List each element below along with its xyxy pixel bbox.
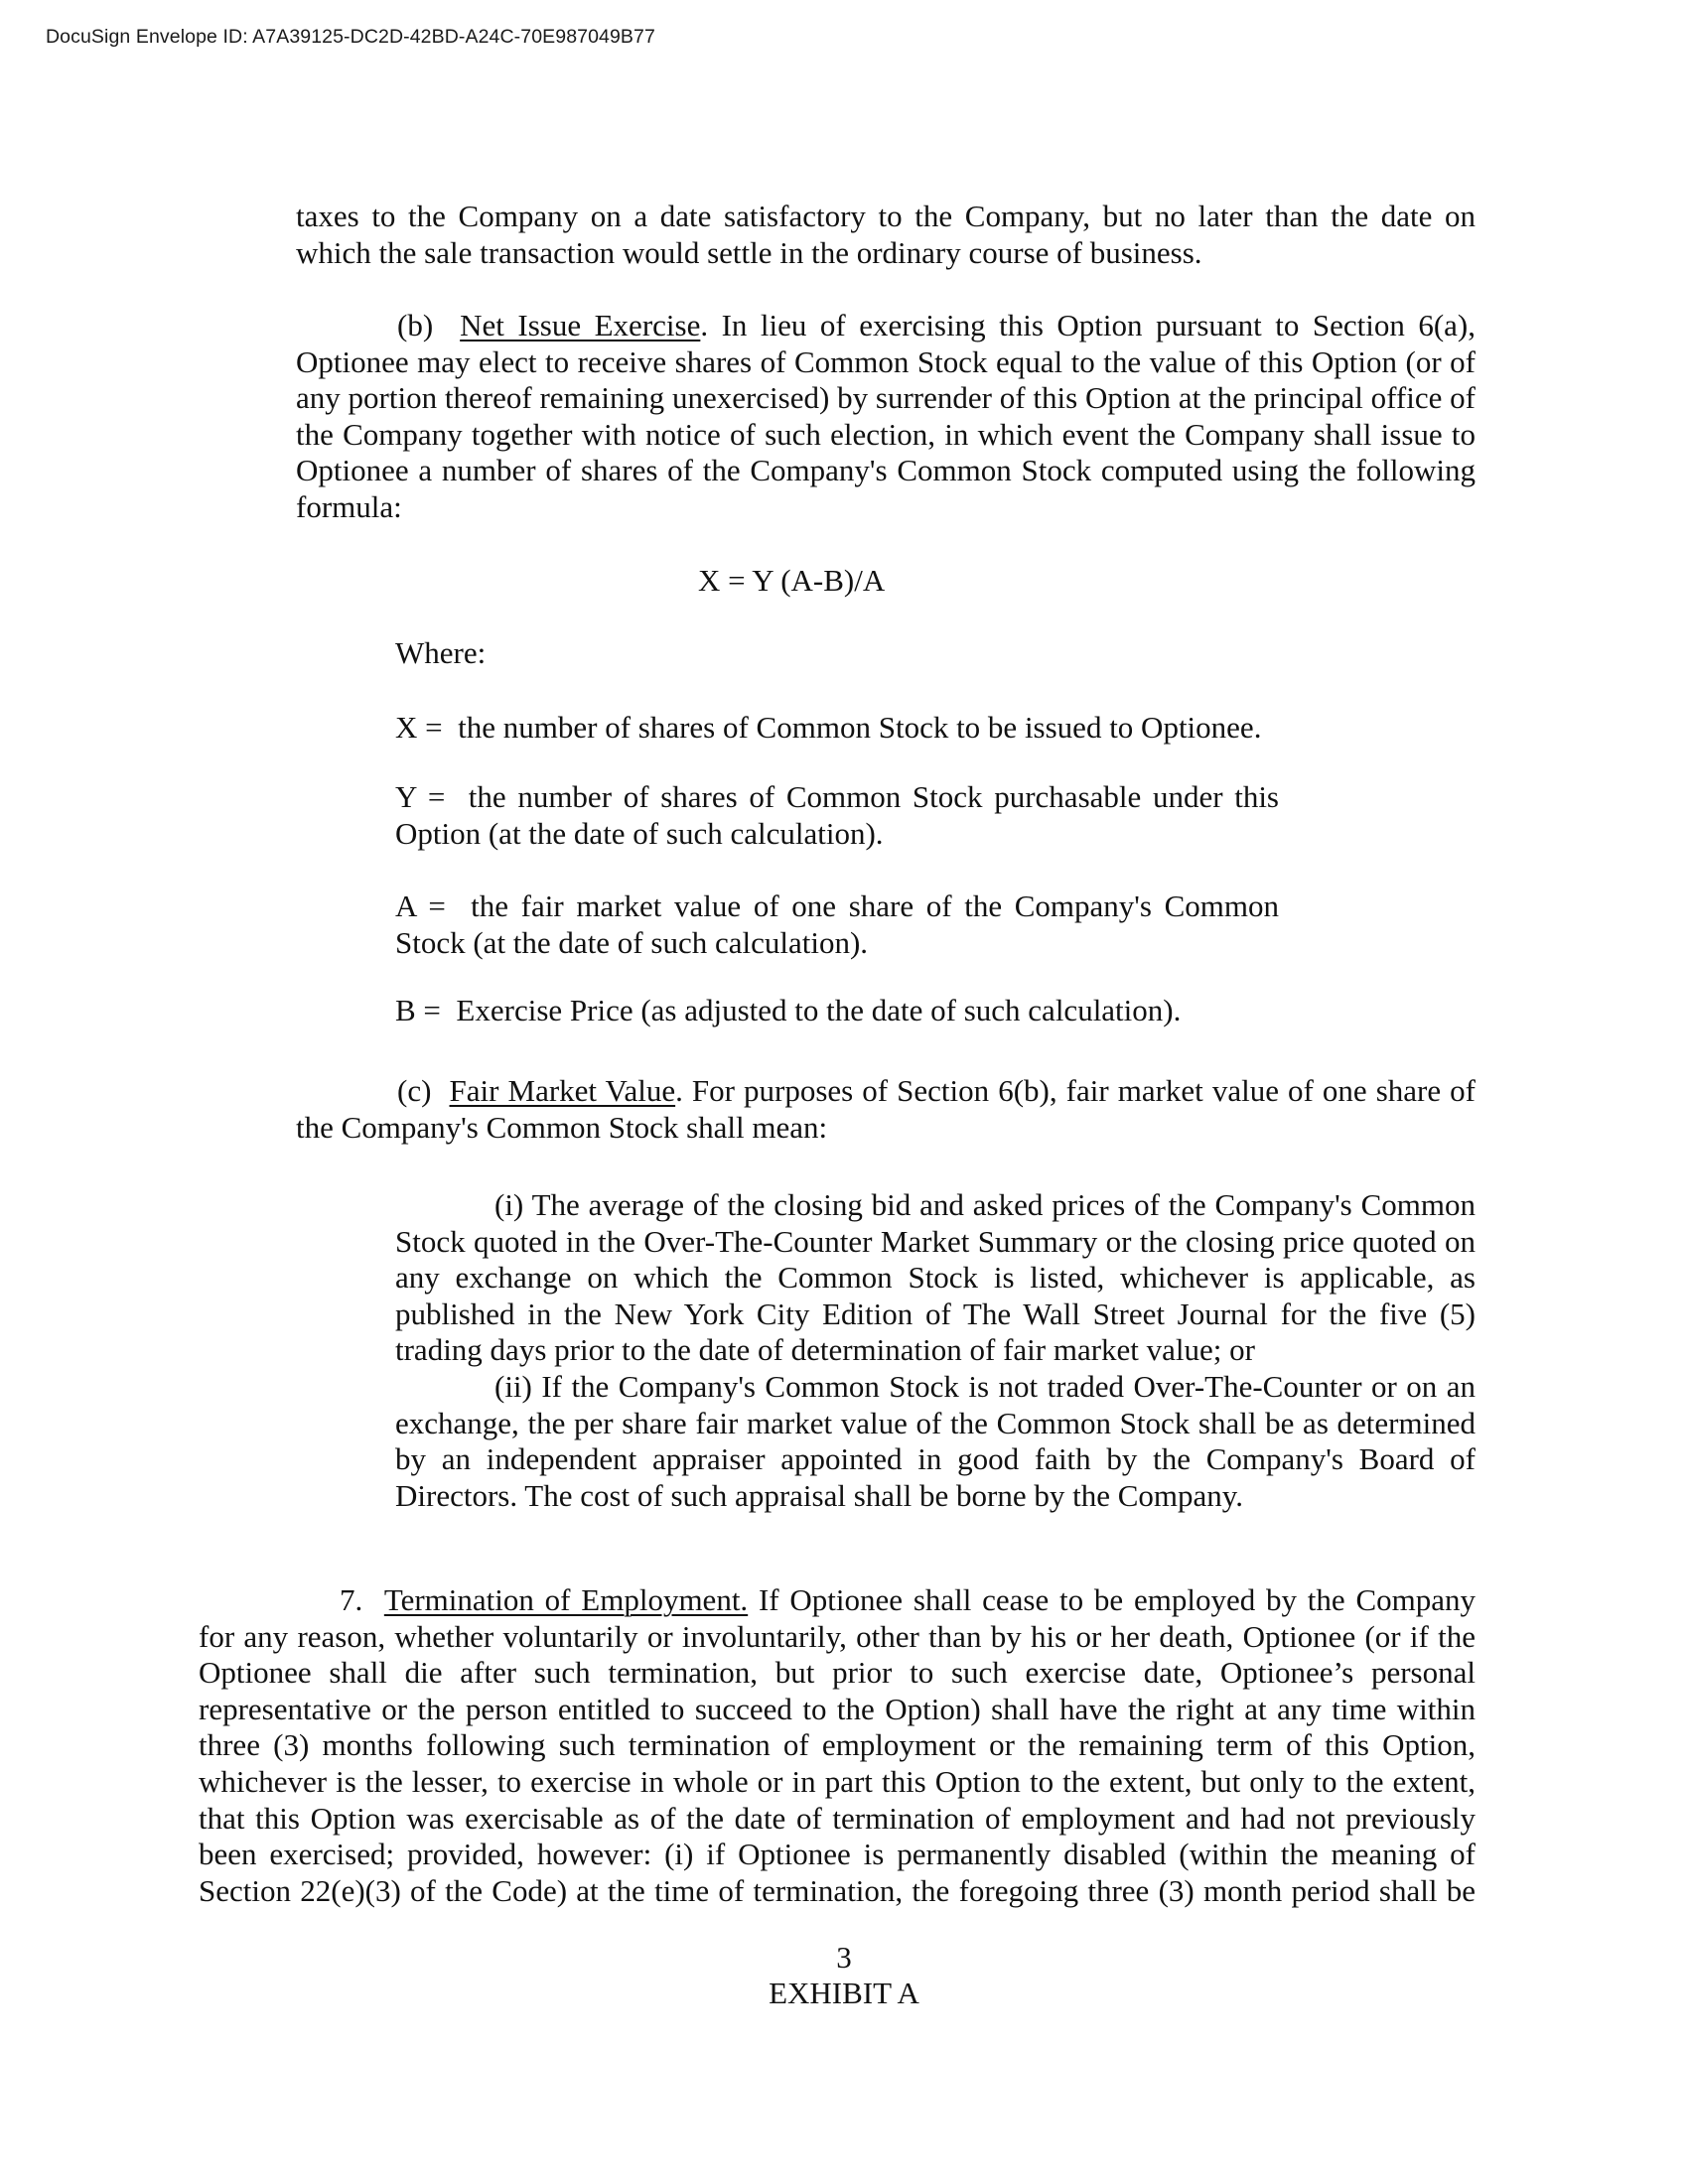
definition-b: B = Exercise Price (as adjusted to the d… [395, 993, 1388, 1029]
definition-symbol: B = [395, 993, 441, 1027]
envelope-id: DocuSign Envelope ID: A7A39125-DC2D-42BD… [46, 26, 655, 49]
definition-text: the fair market value of one share of th… [395, 888, 1279, 960]
section-6b-paragraph: (b) Net Issue Exercise. In lieu of exerc… [296, 308, 1476, 526]
fmv-item-marker: (i) [494, 1187, 523, 1222]
section-6b-heading-suffix: . [700, 308, 708, 342]
fair-market-value-items: (i) The average of the closing bid and a… [395, 1187, 1476, 1514]
definition-text: Exercise Price (as adjusted to the date … [456, 993, 1181, 1027]
definition-symbol: Y = [395, 779, 445, 814]
fmv-item-i: (i) The average of the closing bid and a… [395, 1187, 1476, 1369]
definition-y: Y = the number of shares of Common Stock… [395, 779, 1279, 852]
section-7-heading: Termination of Employment. [384, 1582, 748, 1617]
section-6c-heading-suffix: . [675, 1073, 683, 1108]
fmv-item-text: If the Company's Common Stock is not tra… [395, 1369, 1476, 1513]
section-7-body: If Optionee shall cease to be employed b… [199, 1582, 1476, 1908]
definition-symbol: X = [395, 710, 443, 745]
fmv-item-text: The average of the closing bid and asked… [395, 1187, 1476, 1367]
definition-text: the number of shares of Common Stock to … [458, 710, 1261, 745]
where-label: Where: [395, 635, 486, 672]
section-6c-paragraph: (c) Fair Market Value. For purposes of S… [296, 1073, 1476, 1146]
section-6c-heading: Fair Market Value [450, 1073, 676, 1108]
definition-symbol: A = [395, 888, 446, 923]
section-6b-marker: (b) [397, 308, 433, 342]
page-number: 3 [0, 1940, 1688, 1977]
definition-a: A = the fair market value of one share o… [395, 888, 1279, 961]
exhibit-label: EXHIBIT A [0, 1976, 1688, 2012]
section-7-paragraph: 7. Termination of Employment. If Optione… [199, 1582, 1476, 1909]
fmv-item-ii: (ii) If the Company's Common Stock is no… [395, 1369, 1476, 1514]
section-6c-marker: (c) [397, 1073, 431, 1108]
fmv-item-marker: (ii) [494, 1369, 532, 1404]
continuation-paragraph: taxes to the Company on a date satisfact… [296, 199, 1476, 271]
section-7-number: 7. [340, 1582, 362, 1617]
section-6b-heading: Net Issue Exercise [460, 308, 700, 342]
definition-x: X = the number of shares of Common Stock… [395, 710, 1279, 747]
net-issue-formula: X = Y (A-B)/A [698, 563, 885, 600]
definition-text: the number of shares of Common Stock pur… [395, 779, 1279, 851]
